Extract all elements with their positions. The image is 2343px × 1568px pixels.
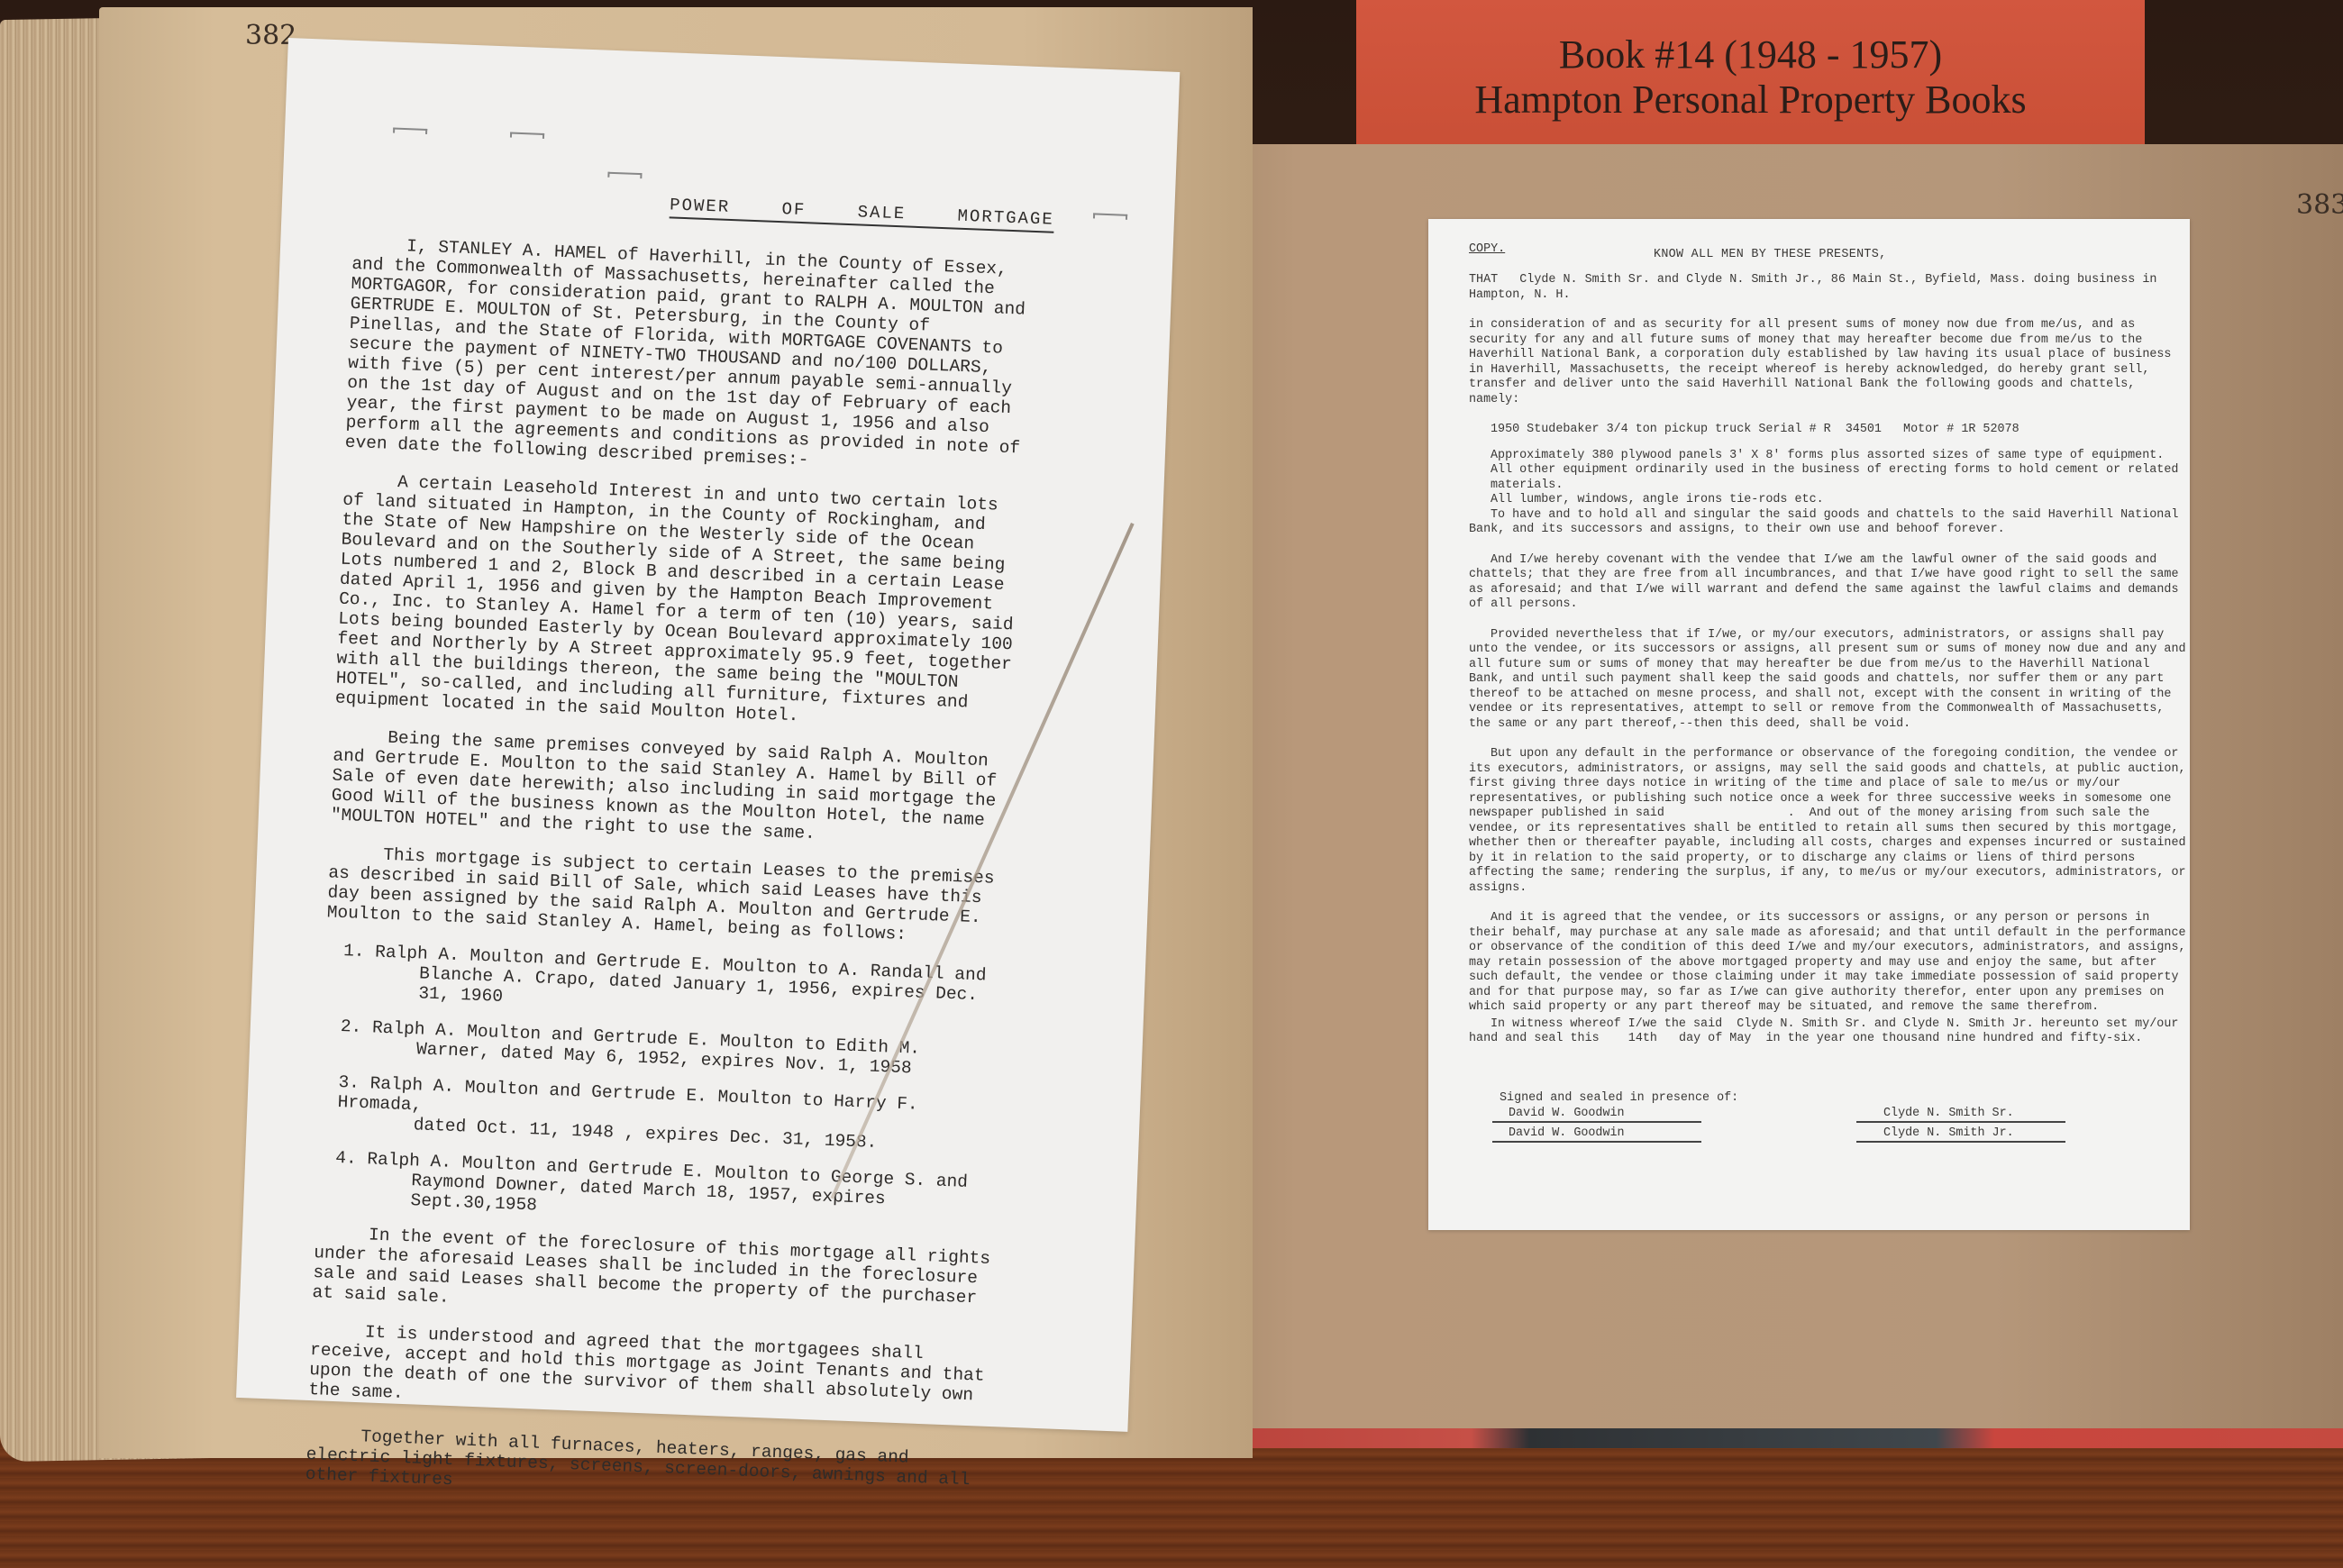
default-clause: But upon any default in the performance … [1469, 747, 2190, 896]
label-line-1: Book #14 (1948 - 1957) [1356, 32, 2145, 77]
witness-signature: David W. Goodwin [1492, 1126, 1701, 1144]
paragraph-leases-intro: This mortgage is subject to certain Leas… [326, 843, 1014, 948]
parties-clause: THAT Clyde N. Smith Sr. and Clyde N. Smi… [1469, 273, 2190, 303]
lease-item: 3. Ralph A. Moulton and Gertrude E. Moul… [336, 1072, 1005, 1157]
staple-icon [510, 132, 544, 139]
document-title: POWER OF SALE MORTGAGE [670, 195, 1055, 232]
goods-item: 1950 Studebaker 3/4 ton pickup truck Ser… [1469, 423, 2190, 438]
staple-icon [1093, 213, 1127, 219]
chattel-mortgage-copy-document: COPY. KNOW ALL MEN BY THESE PRESENTS, TH… [1428, 219, 2190, 1230]
paragraph-joint-tenants: It is understood and agreed that the mor… [308, 1320, 996, 1426]
staple-icon [393, 128, 427, 134]
book-binding-edge [1181, 1428, 2343, 1448]
lease-list: 1. Ralph A. Moulton and Gertrude E. Moul… [315, 940, 1010, 1233]
covenant-clause: And I/we hereby covenant with the vendee… [1469, 553, 2190, 613]
consideration-clause: in consideration of and as security for … [1469, 318, 2190, 407]
document-body: I, STANLEY A. HAMEL of Haverhill, in the… [305, 234, 1037, 1528]
document-body: THAT Clyde N. Smith Sr. and Clyde N. Smi… [1469, 273, 2190, 1062]
staple-icon [607, 172, 642, 178]
goods-item: Approximately 380 plywood panels 3' X 8'… [1469, 449, 2190, 494]
label-line-2: Hampton Personal Property Books [1356, 77, 2145, 123]
possession-clause: And it is agreed that the vendee, or its… [1469, 911, 2190, 1016]
paragraph-fixtures: Together with all furnaces, heaters, ran… [305, 1425, 991, 1510]
paragraph-grant: I, STANLEY A. HAMEL of Haverhill, in the… [344, 234, 1037, 479]
paragraph-leasehold: A certain Leasehold Interest in and unto… [334, 470, 1028, 734]
paragraph-premises: Being the same premises conveyed by said… [331, 726, 1019, 852]
signer-signature: Clyde N. Smith Sr. [1856, 1107, 2065, 1124]
witness-signature: David W. Goodwin [1492, 1107, 1701, 1124]
archive-label-card: Book #14 (1948 - 1957) Hampton Personal … [1356, 0, 2145, 153]
signature-block: Signed and sealed in presence of: David … [1469, 1091, 2172, 1146]
signature-label: Signed and sealed in presence of: [1469, 1091, 2172, 1107]
document-heading: KNOW ALL MEN BY THESE PRESENTS, [1654, 248, 1886, 263]
paragraph-foreclosure: In the event of the foreclosure of this … [312, 1223, 999, 1328]
page-number-right: 383 [2296, 189, 2343, 221]
witness-clause: In witness whereof I/we the said Clyde N… [1469, 1017, 2190, 1047]
habendum-clause: To have and to hold all and singular the… [1469, 508, 2190, 538]
lease-item: 1. Ralph A. Moulton and Gertrude E. Moul… [342, 941, 1010, 1026]
goods-item: All lumber, windows, angle irons tie-rod… [1469, 493, 2190, 508]
signer-signature: Clyde N. Smith Jr. [1856, 1126, 2065, 1144]
lease-item: 4. Ralph A. Moulton and Gertrude E. Moul… [333, 1148, 1002, 1233]
defeasance-clause: Provided nevertheless that if I/we, or m… [1469, 628, 2190, 733]
copy-mark: COPY. [1469, 242, 1505, 258]
